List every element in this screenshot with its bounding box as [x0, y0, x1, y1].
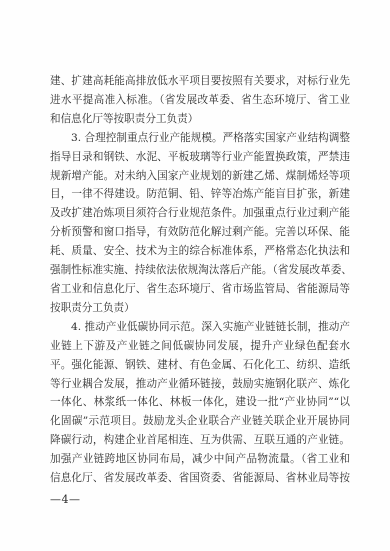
- text-line: 加强产业链跨地区协同布局，减少中间产品物流量。（省工业和: [50, 450, 350, 469]
- text-line: 及改扩建冶炼项目须符合行业规范条件。加强重点行业过剩产能: [50, 204, 350, 223]
- text-line: 一体化、林浆纸一体化、林板一体化，建设一批“产业协同”“以: [50, 393, 350, 412]
- text-line: 规新增产能。对未纳入国家产业规划的新建乙烯、煤制烯烃等项: [50, 167, 350, 186]
- text-line: 3. 合理控制重点行业产能规模。严格落实国家产业结构调整: [50, 129, 350, 148]
- text-line: 降碳行动，构建企业首尾相连、互为供需、互联互通的产业链。: [50, 431, 350, 450]
- text-line: 指导目录和钢铁、水泥、平板玻璃等行业产能置换政策，严禁违: [50, 148, 350, 167]
- text-line: 平。强化能源、钢铁、建材、有色金属、石化化工、纺织、造纸: [50, 356, 350, 375]
- body-text: 建、扩建高耗能高排放低水平项目要按照有关要求，对标行业先 进水平提高准入标准。（…: [50, 72, 350, 488]
- text-line: 进水平提高准入标准。（省发展改革委、省生态环境厅、省工业: [50, 91, 350, 110]
- text-line: 和信息化厅等按职责分工负责）: [50, 110, 350, 129]
- text-line: 建、扩建高耗能高排放低水平项目要按照有关要求，对标行业先: [50, 72, 350, 91]
- text-line: 按职责分工负责）: [50, 299, 350, 318]
- text-line: 业链上下游及产业链之间低碳协同发展，提升产业绿色配套水: [50, 337, 350, 356]
- text-line: 化固碳”示范项目。鼓励龙头企业联合产业链关联企业开展协同: [50, 412, 350, 431]
- paragraph-continued: 建、扩建高耗能高排放低水平项目要按照有关要求，对标行业先 进水平提高准入标准。（…: [50, 72, 350, 129]
- paragraph-item-3: 3. 合理控制重点行业产能规模。严格落实国家产业结构调整 指导目录和钢铁、水泥、…: [50, 129, 350, 318]
- document-page: 建、扩建高耗能高排放低水平项目要按照有关要求，对标行业先 进水平提高准入标准。（…: [0, 0, 390, 551]
- page-number: —4—: [50, 492, 81, 508]
- text-line: 等行业耦合发展，推动产业循环链接，鼓励实施钢化联产、炼化: [50, 375, 350, 394]
- text-line: 省工业和信息化厅、省生态环境厅、省市场监管局、省能源局等: [50, 280, 350, 299]
- text-line: 分析预警和窗口指导，有效防范化解过剩产能。完善以环保、能: [50, 223, 350, 242]
- text-line: 目，一律不得建设。防范铜、铅、锌等冶炼产能盲目扩张，新建: [50, 185, 350, 204]
- text-line: 耗、质量、安全、技术为主的综合标准体系，严格常态化执法和: [50, 242, 350, 261]
- paragraph-item-4: 4. 推动产业低碳协同示范。深入实施产业链链长制，推动产 业链上下游及产业链之间…: [50, 318, 350, 488]
- text-line: 4. 推动产业低碳协同示范。深入实施产业链链长制，推动产: [50, 318, 350, 337]
- text-line: 信息化厅、省发展改革委、省国资委、省能源局、省林业局等按: [50, 469, 350, 488]
- text-line: 强制性标准实施、持续依法依规淘汰落后产能。（省发展改革委、: [50, 261, 350, 280]
